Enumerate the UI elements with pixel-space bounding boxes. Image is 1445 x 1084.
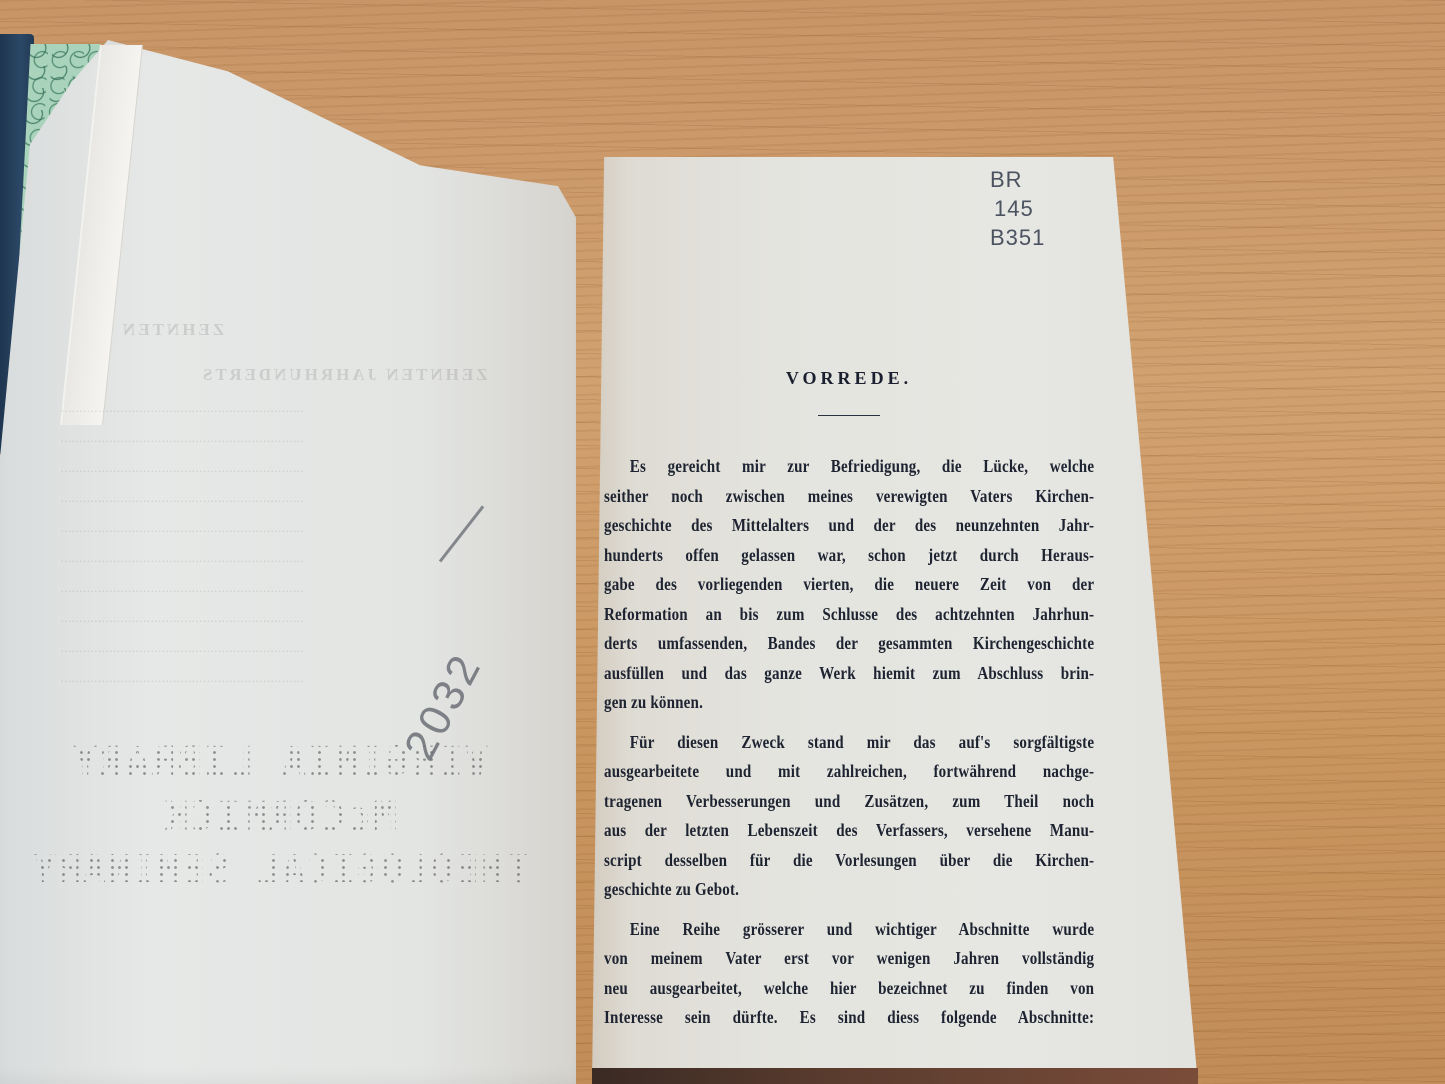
text-line: Es gereicht mir zur Befriedigung, die Lü… [604, 452, 1094, 482]
show-through-text: ZEHNTEN JAHRHUNDERTS [200, 365, 488, 385]
photo-scene: ZEHNTEN ZEHNTEN JAHRHUNDERTS ...........… [0, 0, 1445, 1084]
show-through-text: ........................................… [60, 580, 304, 596]
call-number-line: 145 [990, 194, 1060, 223]
show-through-text: ........................................… [60, 550, 304, 566]
text-line: tragenen Verbesserungen und Zusätzen, zu… [604, 787, 1094, 817]
text-line: gen zu können. [604, 688, 1094, 718]
text-line: Interesse sein dürfte. Es sind diess fol… [604, 1003, 1094, 1033]
text-line: neu ausgearbeitet, welche hier bezeichne… [604, 974, 1094, 1004]
book-bottom-edge [592, 1068, 1198, 1084]
paragraph-2: Für diesen Zweck stand mir das auf's sor… [604, 728, 1094, 905]
perforated-stamp-line: THEOLOGICAL SEMINARY [10, 850, 550, 888]
text-line: hunderts offen gelassen war, schon jetzt… [604, 541, 1094, 571]
text-line: von meinem Vater erst vor wenigen Jahren… [604, 944, 1094, 974]
show-through-text: ........................................… [60, 460, 304, 476]
call-number-line: BR [990, 165, 1060, 194]
text-line: derts umfassenden, Bandes der gesammten … [604, 629, 1094, 659]
show-through-text: ........................................… [60, 670, 304, 686]
show-through-text: ........................................… [60, 490, 304, 506]
preface-text: VORREDE. Es gereicht mir zur Befriedigun… [604, 360, 1094, 1043]
text-line: ausfüllen und das ganze Werk hiemit zum … [604, 659, 1094, 689]
text-line: aus der letzten Lebenszeit des Verfasser… [604, 816, 1094, 846]
title-rule [818, 415, 880, 416]
show-through-text: ........................................… [60, 640, 304, 656]
text-line: ausgearbeitete und mit zahlreichen, fort… [604, 757, 1094, 787]
text-line: Eine Reihe grösserer und wichtiger Absch… [604, 915, 1094, 945]
paragraph-3: Eine Reihe grösserer und wichtiger Absch… [604, 915, 1094, 1033]
text-line: geschichte zu Gebot. [604, 875, 1094, 905]
text-line: seither noch zwischen meines verewigten … [604, 482, 1094, 512]
show-through-text: ZEHNTEN [120, 320, 224, 340]
text-line: Reformation an bis zum Schlusse des acht… [604, 600, 1094, 630]
show-through-text: ........................................… [60, 400, 304, 416]
text-line: geschichte des Mittelalters und der des … [604, 511, 1094, 541]
text-line: script desselben für die Vorlesungen übe… [604, 846, 1094, 876]
perforated-stamp-line: McCORMICK [20, 797, 540, 837]
show-through-text: ........................................… [60, 430, 304, 446]
call-number: BR 145 B351 [990, 165, 1060, 252]
text-line: gabe des vorliegenden vierten, die neuer… [604, 570, 1094, 600]
show-through-text: ........................................… [60, 610, 304, 626]
text-line: Für diesen Zweck stand mir das auf's sor… [604, 728, 1094, 758]
call-number-line: B351 [990, 223, 1060, 252]
perforated-stamp-line: VIRGINIA LIBRARY [20, 742, 540, 782]
page-title: VORREDE. [604, 368, 1094, 389]
show-through-text: ........................................… [60, 520, 304, 536]
paragraph-1: Es gereicht mir zur Befriedigung, die Lü… [604, 452, 1094, 718]
